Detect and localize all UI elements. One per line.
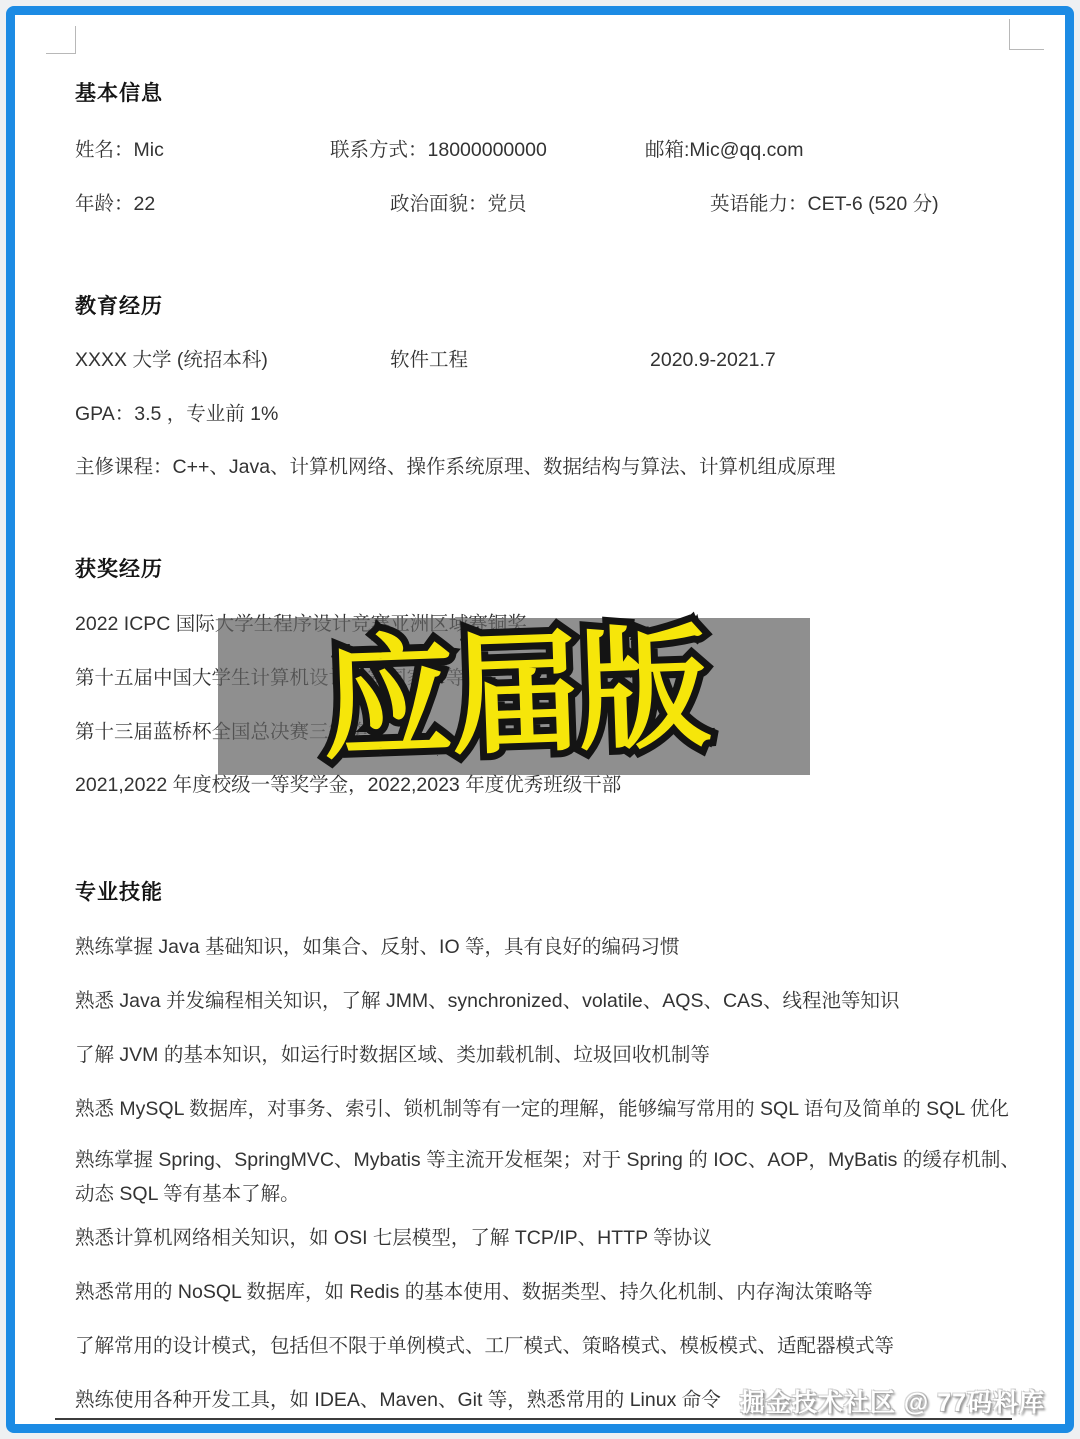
field-period: 2020.9-2021.7 xyxy=(650,343,776,377)
document-page: 基本信息 姓名：Mic 联系方式：18000000000 邮箱:Mic@qq.c… xyxy=(6,6,1074,1433)
field-major: 软件工程 xyxy=(390,343,468,377)
section-title-awards: 获奖经历 xyxy=(75,553,1023,587)
skill-item: 熟练使用各种开发工具，如 IDEA、Maven、Git 等，熟悉常用的 Linu… xyxy=(75,1383,735,1417)
section-title-basic-info: 基本信息 xyxy=(75,77,1023,111)
page-bottom-rule xyxy=(55,1418,1012,1420)
field-english-level: 英语能力：CET-6 (520 分) xyxy=(710,187,939,221)
community-watermark: 掘金技术社区 @ 77码料库 xyxy=(740,1383,1045,1419)
skill-item: 熟悉 MySQL 数据库，对事务、索引、锁机制等有一定的理解，能够编写常用的 S… xyxy=(75,1092,1023,1126)
skill-item: 了解 JVM 的基本知识，如运行时数据区域、类加载机制、垃圾回收机制等 xyxy=(75,1038,1023,1072)
skill-item: 熟悉 Java 并发编程相关知识，了解 JMM、synchronized、vol… xyxy=(75,984,1023,1018)
section-title-education: 教育经历 xyxy=(75,290,1023,324)
field-name: 姓名：Mic xyxy=(75,133,164,167)
field-contact: 联系方式：18000000000 xyxy=(330,133,547,167)
field-email: 邮箱:Mic@qq.com xyxy=(645,133,804,167)
skill-item: 熟练掌握 Spring、SpringMVC、Mybatis 等主流开发框架；对于… xyxy=(75,1143,1023,1211)
field-school: XXXX 大学 (统招本科) xyxy=(75,343,268,377)
field-age: 年龄：22 xyxy=(75,187,155,221)
field-courses: 主修课程：C++、Java、计算机网络、操作系统原理、数据结构与算法、计算机组成… xyxy=(75,450,1023,484)
section-title-skills: 专业技能 xyxy=(75,876,1023,910)
skill-item: 熟悉常用的 NoSQL 数据库，如 Redis 的基本使用、数据类型、持久化机制… xyxy=(75,1275,1023,1309)
skill-item: 熟练掌握 Java 基础知识，如集合、反射、IO 等，具有良好的编码习惯 xyxy=(75,930,1023,964)
skill-item: 熟悉计算机网络相关知识，如 OSI 七层模型，了解 TCP/IP、HTTP 等协… xyxy=(75,1221,1023,1255)
crop-mark-top-left-icon xyxy=(46,26,76,54)
field-political-status: 政治面貌：党员 xyxy=(390,187,527,221)
skill-item: 了解常用的设计模式，包括但不限于单例模式、工厂模式、策略模式、模板模式、适配器模… xyxy=(75,1329,1023,1363)
field-gpa: GPA：3.5 ，专业前 1% xyxy=(75,397,1023,431)
crop-mark-top-right-icon xyxy=(1009,19,1044,50)
gray-redaction-band xyxy=(218,618,810,775)
